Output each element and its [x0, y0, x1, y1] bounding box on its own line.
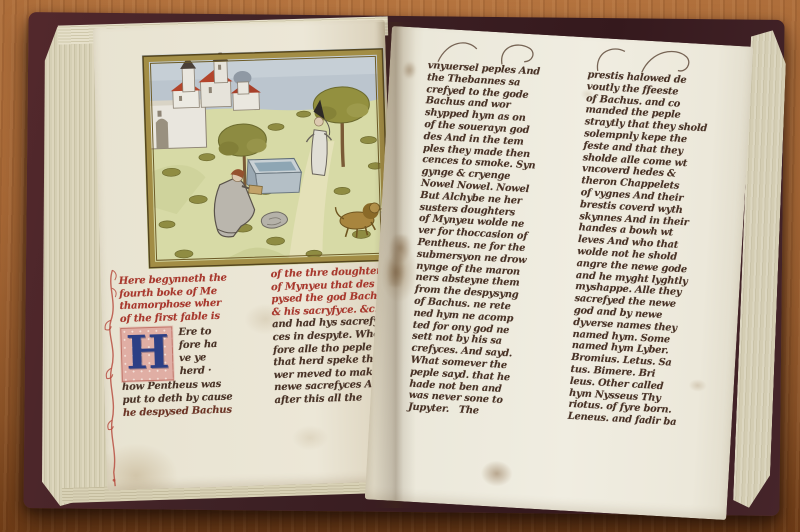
gutter-stain: [383, 234, 416, 288]
miniature-frame-outer: [143, 49, 389, 267]
manuscript-text-line: ve ye: [179, 351, 218, 365]
right-tree: [313, 86, 371, 168]
right-page: vnyuersel peples Andthe Thebannes sacref…: [365, 26, 754, 520]
manuscript-text-line: Ere to: [178, 325, 217, 339]
left-page: Here begynneth thefourth boke of Methamo…: [93, 20, 399, 491]
field: [143, 98, 390, 270]
photo-of-open-manuscript: Here begynneth thefourth boke of Methamo…: [0, 0, 800, 532]
left-page-column-1: Here begynneth thefourth boke of Methamo…: [119, 271, 271, 420]
bushes: [156, 109, 385, 263]
miniature-illustration: [142, 48, 391, 269]
path: [284, 141, 338, 265]
illuminated-initial-letter: H: [125, 324, 170, 381]
center-tree: [218, 123, 269, 212]
miniature-frame-gold: [146, 52, 385, 264]
initial-side-text: Ere tofore have yeherd ·: [178, 325, 218, 378]
thisbe-figure: [305, 99, 332, 176]
fountain: [246, 158, 302, 194]
initial-pen-box: H: [120, 327, 174, 383]
gutter-stain: [399, 57, 420, 84]
pyramus-figure: [213, 168, 264, 237]
cloak: [261, 212, 288, 229]
illuminated-initial-row: H Ere tofore have yeherd ·: [120, 324, 270, 383]
sky: [142, 48, 386, 126]
rubric-col1: Here begynneth thefourth boke of Methamo…: [119, 271, 269, 326]
manuscript-text-line: herd ·: [179, 364, 218, 378]
walled-city: [146, 49, 263, 149]
manuscript-text-line: fore ha: [179, 338, 218, 352]
right-page-column-1: vnyuersel peples Andthe Thebannes sacref…: [408, 60, 578, 422]
right-page-column-2: prestis halowed devoutly the ffeesteof B…: [567, 69, 739, 431]
